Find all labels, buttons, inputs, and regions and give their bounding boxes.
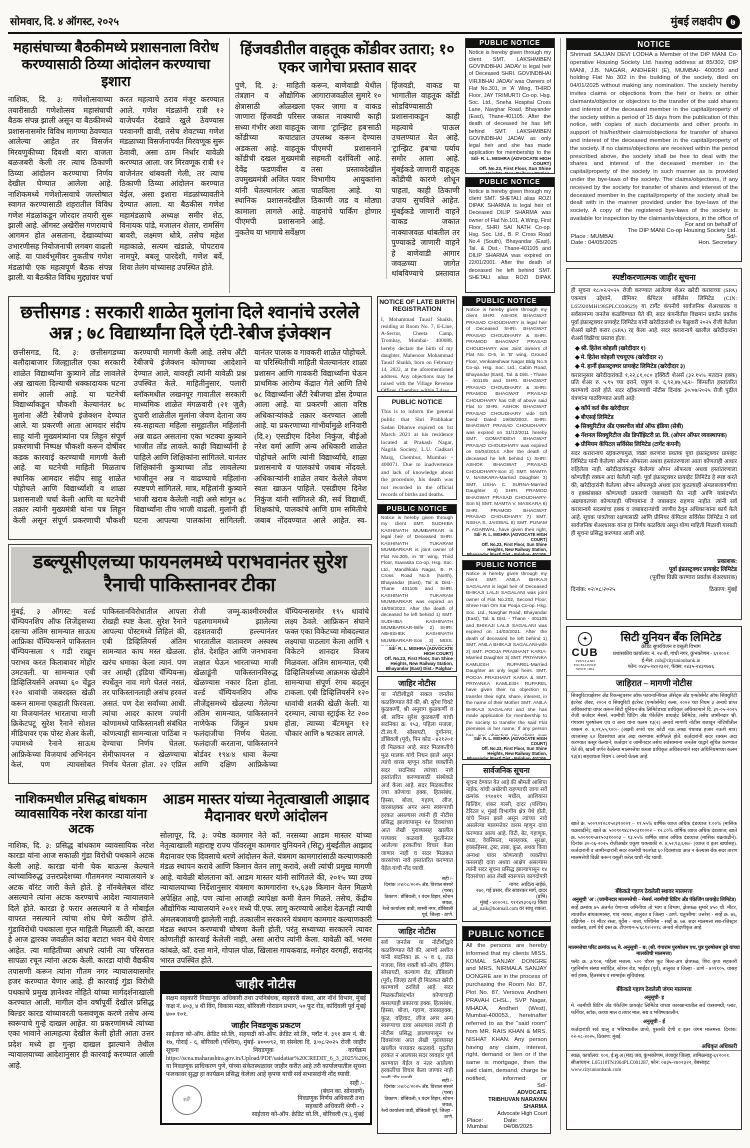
adam-stack: आडम मास्तर यांच्या नेतृत्वाखाली आझाद मैद… (160, 789, 372, 1129)
spashtikaran-title: स्पष्टीकरणात्मक जाहीर सूचना (571, 272, 737, 286)
article-karda-headline: नाशिकमधील प्रसिद्ध बांधकाम व्यावसायिक नर… (8, 789, 154, 841)
cub-para-1: सिक्युरिटायझेशन अँड रिकन्स्ट्रक्शन ऑफ फा… (567, 692, 741, 820)
lodha-notice-body: Shrimati SAJJAN DEVI LODHA a Member of t… (567, 50, 741, 222)
left-articles: छत्तीसगड : सरकारी शाळेत मुलांना दिले श्व… (8, 296, 372, 1134)
cub-sched-b-title: मालमत्तेचा परिट क्रमांक ७६ मे. अनुसूची –… (567, 944, 741, 958)
article-mahasangh-headline: महासंघाच्या बैठकीमध्ये प्रशासनाला विरोध … (8, 38, 224, 95)
dhanve-notice-title: PUBLIC NOTICE (378, 397, 456, 407)
jahir-notice-1-sign: सही /- दिनांक :०४/०८/२०२५ ॲड. विशाल संसा… (378, 876, 456, 920)
cub-sched-a-title: अनुसूची 'अ': (जामीनदार मालमत्तेची – मेसर… (567, 896, 741, 904)
cub-officer-sign: अधिकृत अधिकारी (567, 1042, 741, 1050)
dongre-notice-court: Advocate High Court (466, 1111, 547, 1118)
cub-logo: ✦ CUB TRUST AND EXCELLENCE SINCE 1904 (570, 632, 600, 671)
mumbarkar-notice-title: PUBLIC NOTICE (378, 505, 456, 514)
cub-para-2: खाते क्र. ५००९०१०८१५०३१०००१ – ११.५५% वार… (567, 820, 741, 886)
late-birth-notice-body: I, Mohammad Tausif Shaikh, residing at R… (378, 315, 456, 392)
sagalani-notice-body: Notice is hereby given through my client… (463, 570, 550, 736)
sarvajanik-notice-title: सार्वजनिक सूचना (463, 765, 550, 778)
spashtikaran-pub-name: पूर्वा इंफ्रास्ट्रक्चर प्रायव्हेट लिमिटे… (571, 566, 737, 574)
cub-sched-e2-title: अनुसूची – ई (567, 1018, 741, 1026)
public-notice-jadav: PUBLIC NOTICE Notice is hereby given thr… (465, 38, 555, 174)
spashtikaran-place: ठिकाण: मुंबई (709, 585, 737, 593)
notice-strip-b: PUBLIC NOTICE Notice is hereby given thr… (462, 296, 551, 1134)
spashtikaran-buyers-list: ◆ श्री. हितेश कोहली (खरेदीदार १) ◆ मे. ह… (571, 344, 737, 373)
jahir-notice-2: जाहिर नोटीस सर्व जनतेस या नोटीशीद्वारे क… (377, 924, 457, 1134)
dongre-notice-title: PUBLIC NOTICE (463, 927, 550, 941)
public-notice-sharma-body: Notice is hereby given through my client… (466, 187, 554, 279)
main-section: महासंघाच्या बैठकीमध्ये प्रशासनाला विरोध … (8, 38, 555, 1130)
public-notice-jadav-body: Notice is hereby given through my client… (466, 48, 554, 156)
notice-strip-a: NOTICE OF LATE BIRTH REGISTRATION I, Moh… (377, 296, 457, 1134)
jahir-notice-1-title: जाहिर नोटीस (378, 677, 456, 690)
article-raina-body: मुंबई, ३ ऑगस्ट: वर्ल्ड चॅम्पियनशिप ऑफ लि… (11, 607, 369, 783)
article-karda: नाशिकमधील प्रसिद्ध बांधकाम व्यावसायिक नर… (8, 789, 154, 1129)
sagalani-notice: PUBLIC NOTICE Notice is hereby given thr… (462, 560, 551, 760)
dongre-notice-sd: Sd/- (466, 1083, 547, 1090)
cub-bank-notice: ✦ CUB TRUST AND EXCELLENCE SINCE 1904 सि… (566, 626, 742, 1130)
late-birth-notice-title: NOTICE OF LATE BIRTH REGISTRATION (378, 297, 456, 315)
choudhary-notice-body: Notice is hereby given through my client… (463, 306, 550, 532)
paper-name: मुंबई लक्षदीप (671, 14, 722, 29)
election-notice: जाहीर नोटीस सक्षम सहकारी निवडणूक अधिकारी… (160, 971, 372, 1125)
cub-sched-a-body: सर्व्हे क्रमांक ७५ अंतर्गत येणाऱ्या जमिन… (567, 904, 741, 944)
spashtikaran-date: दिनांक: ०२/०८/२०२५ (571, 585, 615, 593)
lodha-notice: NOTICE Shrimati SAJJAN DEVI LODHA a Memb… (566, 38, 742, 262)
public-notice-jadav-sign: Sd/- R. L. MISHRA (ADVOCATE HIGH COURT) … (466, 156, 554, 174)
article-hinjawadi-headline: हिंजवडीतील वाहतूक कोंडीवर उतारा; १० एकर … (235, 38, 460, 81)
article-raina: डब्ल्यूसीएलच्या फायनलमध्ये पराभवानंतर सु… (8, 544, 372, 784)
cub-bank-name: सिटी युनियन बँक लिमिटेड (604, 630, 738, 645)
jahir-notice-2-sign: सही /- दिनांक :०४/०८/२०२५ ॲड. विशाल संसा… (378, 1078, 456, 1122)
masthead: सोमवार, दि. ४ ऑगस्ट, २०२५ मुंबई लक्षदीप … (8, 6, 742, 34)
cub-emblem-icon: ✦ (578, 632, 592, 646)
mumbarkar-notice-body: Notice is hereby given through my client… (378, 514, 456, 646)
public-notice-sharma: PUBLIC NOTICE Notice is hereby given thr… (465, 177, 555, 293)
lodha-notice-secretary: Hon. Secretary (698, 240, 737, 246)
sarvajanik-notice-body: सूचना देण्यात येत आहे की श्रीमती आशिया न… (463, 778, 550, 882)
election-notice-body: साईतारा को-ऑप. क्रेडिट सो.लि., सहयाद्री … (162, 1032, 370, 1079)
choudhary-notice: PUBLIC NOTICE Notice is hereby given thr… (462, 296, 551, 556)
lodha-notice-date: Date : 04/05/2025 (571, 240, 617, 246)
cub-logo-tagline: TRUST AND EXCELLENCE SINCE 1904 (570, 659, 600, 671)
spashtikaran-end: सदर करारान्वये रद्दीकरणामुळे, विक्री करण… (571, 451, 737, 555)
dongre-notice-name: TRIBHUVAN NARAYAN SHARMA (466, 1097, 547, 1111)
mumbarkar-notice-sign: Sd/- R. L. MISHRA (ADVOCATE HIGH COURT) … (378, 646, 456, 672)
page-number-badge: ७ (726, 15, 740, 29)
jahir-notice-2-title: जाहिर नोटीस (378, 925, 456, 938)
article-adam-headline: आडम मास्तर यांच्या नेतृत्वाखाली आझाद मैद… (160, 789, 372, 831)
article-hinjawadi-col3: हिंजवडी, वाकड या भागातील वाहतूक कोंडी सो… (386, 81, 459, 279)
article-mahasangh-body: नाशिक, दि. ३: गणेशोत्सवाच्या तयारीसाठी ग… (8, 95, 224, 293)
row-two: छत्तीसगड : सरकारी शाळेत मुलांना दिले श्व… (8, 296, 555, 1134)
article-chhattisgarh-headline: छत्तीसगड : सरकारी शाळेत मुलांना दिले श्व… (13, 299, 367, 348)
cub-phone: फोन: ०४३५-२४०२३२२, फॅक्स: ०४३५-२४३१७४६ (604, 665, 738, 672)
cub-sched-b-body: फ्लॅट क्र. ३/१०४, पहिला मजला, ५०० चौरस फ… (567, 958, 741, 984)
sarvajanik-notice-contact: नागर: आदित्य नाईक, २७०, गई प्रसार, वीर स… (463, 882, 550, 914)
cub-sched-e2-body: कर्जदारांची सर्व चालू व भविष्यातील प्राप… (567, 1026, 741, 1042)
bottom-row: नाशिकमधील प्रसिद्ध बांधकाम व्यावसायिक नर… (8, 789, 372, 1129)
article-hinjawadi-body: पुणे, दि. ३: माहिती तंत्रज्ञान व औद्योगि… (235, 81, 381, 279)
cub-sched-immovable-title: बँकेकडे गहाण ठेवलेली स्थावर मालमत्ता (567, 886, 741, 896)
late-birth-notice: NOTICE OF LATE BIRTH REGISTRATION I, Moh… (377, 296, 457, 392)
mumbarkar-notice: PUBLIC NOTICE Notice is hereby given thr… (377, 504, 457, 672)
newspaper-page: सोमवार, दि. ४ ऑगस्ट, २०२५ मुंबई लक्षदीप … (0, 0, 750, 1148)
cub-sched-e1-body: मे. नवमीची प्रिंटिंग अँड पॅकेजिंग प्रायव… (567, 1002, 741, 1018)
column-divider (229, 38, 230, 293)
spashtikaran-notice: स्पष्टीकरणात्मक जाहीर सूचना ही सूचना १८/… (566, 268, 742, 620)
choudhary-notice-title: PUBLIC NOTICE (463, 297, 550, 306)
public-notice-jadav-title: PUBLIC NOTICE (466, 39, 554, 48)
dongre-notice-body: All the persons are hereby informed that… (463, 941, 550, 1083)
dongre-notice-place: Place: Mumbai (467, 1118, 504, 1130)
page-content: महासंघाच्या बैठकीमध्ये प्रशासनाला विरोध … (8, 34, 742, 1130)
jahir-notice-2-body: सर्व जनतेस या नोटीशीद्वारे कळविण्यात येत… (378, 938, 456, 1078)
choudhary-notice-sign: Sd/- R. L. MISHRA (ADVOCATE HIGH COURT) … (463, 532, 550, 556)
notice-stack-top: PUBLIC NOTICE Notice is hereby given thr… (465, 38, 555, 293)
spashtikaran-pub-label: प्रकाशक: (571, 558, 737, 566)
spashtikaran-mid: करारानुसार खरेदीदारांकडे १,२२,८१,०८० इक्… (571, 373, 737, 405)
article-mahasangh: महासंघाच्या बैठकीमध्ये प्रशासनाला विरोध … (8, 38, 224, 293)
spashtikaran-pub-sub: (पूर्वीचा विक्री करणारा प्रवर्तक शेअरधार… (571, 574, 737, 582)
cub-dept: क्रेडिट सुपरविजन व वसूली विभाग (604, 645, 738, 652)
article-raina-headline: डब्ल्यूसीएलच्या फायनलमध्ये पराभवानंतर सु… (11, 547, 369, 603)
dongre-notice-advocate: ADVOCATE (466, 1090, 547, 1097)
election-notice-subtitle: जाहीर निवडणूक प्रकटण (162, 1019, 370, 1032)
top-row: महासंघाच्या बैठकीमध्ये प्रशासनाला विरोध … (8, 38, 555, 293)
cub-footer-line2: सीआयएन: L65110TN1904PLC001287, फोन: ०४३५… (571, 1060, 737, 1074)
dhanve-notice-body: This is to inform the general public tha… (378, 407, 456, 500)
spashtikaran-intro: ही सूचना १८/०२/२०२५ रोजी करण्यात आलेल्या… (571, 288, 737, 344)
article-hinjawadi: हिंजवडीतील वाहतूक कोंडीवर उतारा; १० एकर … (235, 38, 460, 293)
article-adam-body: सोलापूर, दि. ३: ज्येष्ठ कामगार नेते कॉ. … (160, 831, 372, 967)
election-notice-intro: सक्षम सहकारी निवडणूक अधिकारी तथा उपनिबंध… (162, 994, 370, 1019)
lodha-notice-title: NOTICE (567, 39, 741, 50)
issue-date: सोमवार, दि. ४ ऑगस्ट, २०२५ (10, 15, 119, 29)
dongre-notice: PUBLIC NOTICE All the persons are hereby… (462, 926, 551, 1134)
cub-sched-e1-title: अनुसूची- इ (567, 994, 741, 1002)
spashtikaran-agencies-list: ◆ कॉर्प कर्व बँक खरेदीदार ◆ बीएसई लिमिटे… (571, 404, 737, 451)
sagalani-notice-sign: Sd/- R. L. MISHRA (ADVOCATE HIGH COURT) … (463, 736, 550, 760)
jahir-notice-1-body: या नोटीशीद्वारे सकल जनतेस कळविण्यात येते… (378, 690, 456, 876)
cub-logo-word: CUB (570, 647, 600, 659)
sagalani-notice-title: PUBLIC NOTICE (463, 561, 550, 570)
cub-footer-line1: स्थळ, कार्यालय: १०१, ई.सु.अ (मंड) जय, कु… (571, 1053, 737, 1060)
dongre-notice-date: Date: 04/08/2025 (504, 1118, 546, 1130)
right-column: NOTICE Shrimati SAJJAN DEVI LODHA a Memb… (560, 38, 742, 1130)
public-notice-sharma-title: PUBLIC NOTICE (466, 178, 554, 187)
cub-demand-title: जाहिरात – मागणी नोटीस (567, 676, 741, 692)
election-notice-title: जाहीर नोटीस (162, 973, 370, 994)
article-chhattisgarh: छत्तीसगड : सरकारी शाळेत मुलांना दिले श्व… (8, 296, 372, 540)
article-adam: आडम मास्तर यांच्या नेतृत्वाखाली आझाद मैद… (160, 789, 372, 967)
article-chhattisgarh-body: छत्तीसगड, दि. ३: छत्तीसगडच्या बलौदाबाजार… (13, 348, 367, 536)
cub-office: प्रशासकीय कार्यालय: नं. २४-बी, गांधी नगर… (604, 652, 738, 659)
dhanve-notice: PUBLIC NOTICE This is to inform the gene… (377, 396, 457, 500)
sarvajanik-notice: सार्वजनिक सूचना सूचना देण्यात येत आहे की… (462, 764, 551, 922)
cub-sched-movable-title: बँकेकडे गहाण ठेवलेली जंगम मालमत्ता (567, 984, 741, 994)
jahir-notice-1: जाहिर नोटीस या नोटीशीद्वारे सकल जनतेस कळ… (377, 676, 457, 920)
article-karda-body: नाशिक, दि. ३: प्रसिद्ध बांधकाम व्यावसायि… (8, 841, 154, 1129)
